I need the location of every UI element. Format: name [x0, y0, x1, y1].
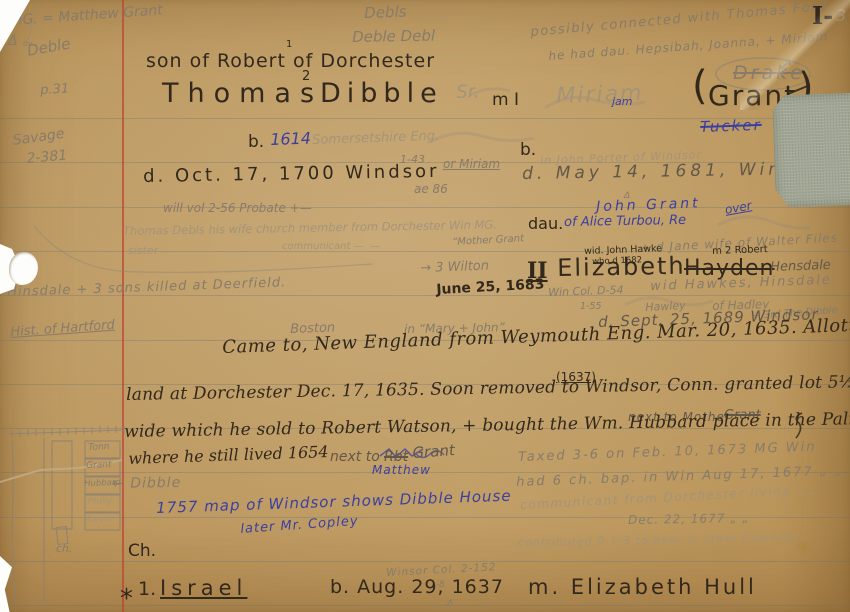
- source-ref: 2-381: [26, 148, 68, 165]
- spouse2-surname-corrected: Hensdale: [770, 259, 831, 274]
- daughter-note: of Alice Turbou, Re: [564, 214, 686, 229]
- name-variant: Deble Debl: [352, 29, 435, 45]
- paper-stain: [794, 540, 812, 554]
- source-ref: 1-55: [580, 302, 602, 312]
- children-label: Ch.: [128, 543, 156, 560]
- correction: Matthew: [372, 464, 431, 476]
- child-marker: *: [120, 586, 133, 612]
- church-note: sister: [128, 245, 158, 256]
- note-john-grant: John Grant: [596, 196, 701, 214]
- title-first-name: Thomas: [162, 80, 323, 107]
- crossed-out-name: Tucker: [700, 118, 762, 135]
- name-variant: Debls: [364, 5, 407, 21]
- corner-crease: [740, 0, 850, 110]
- source-ref: Win Col. D-54: [548, 284, 624, 298]
- birth-label-spouse: b.: [520, 142, 536, 159]
- map-lot-label: Tonn: [88, 443, 110, 453]
- child1-birth: b. Aug. 29, 1637: [330, 578, 504, 597]
- date-note: Dec. 22, 1677 „ „: [628, 512, 750, 526]
- interline-note: Grant: [412, 443, 455, 461]
- child-number: 1.: [138, 580, 156, 599]
- interline-note: next to: [330, 450, 380, 464]
- document-scan: MG. = Matthew GrantΔovDeblep.31DeblsDebl…: [0, 0, 850, 612]
- map-lot-label: Philly: [88, 497, 112, 507]
- spouse1-death-date: d. May 14, 1681, Win: [522, 161, 783, 183]
- triangle-mark: Δ: [8, 34, 18, 48]
- paren-open: (: [692, 66, 708, 106]
- marriage1-label: m I: [492, 92, 519, 109]
- subtitle: son of Robert of Dorchester: [146, 52, 435, 71]
- map-pointer-note: ← Dibble: [112, 476, 181, 491]
- interline-note-crossed: Rbt: [384, 450, 408, 464]
- margin-note: or Miriam: [443, 158, 500, 170]
- birth-year: 1614: [270, 131, 311, 148]
- caret-mark: Δ: [447, 600, 453, 609]
- child1-spouse: m. Elizabeth Hull: [528, 577, 757, 598]
- spouse2-name: Elizabeth: [557, 254, 686, 280]
- death-date: d. Oct. 17, 1700 Windsor: [143, 163, 440, 186]
- map-lot-label: Grant: [86, 461, 112, 471]
- margin-note: → 3 Wilton: [420, 260, 489, 275]
- birth-label: b.: [248, 134, 264, 151]
- map-church-label: ch.: [56, 543, 73, 554]
- probate-ref: will vol 2-56 Probate +—: [163, 202, 312, 214]
- age-at-death: ae 86: [414, 183, 448, 195]
- superscript: 1: [286, 40, 292, 50]
- daughter-label: dau.: [528, 216, 563, 232]
- page-ref: p.31: [40, 82, 70, 96]
- generation-superscript: 2: [302, 70, 310, 83]
- suffix-note: Sr.: [456, 83, 480, 102]
- child1-name: Israel: [160, 578, 247, 599]
- church-note: communicant — —: [282, 242, 380, 252]
- map-lot-label: Steven: [85, 515, 115, 525]
- title-surname: Dibble: [320, 80, 443, 107]
- correction: jam: [612, 96, 633, 107]
